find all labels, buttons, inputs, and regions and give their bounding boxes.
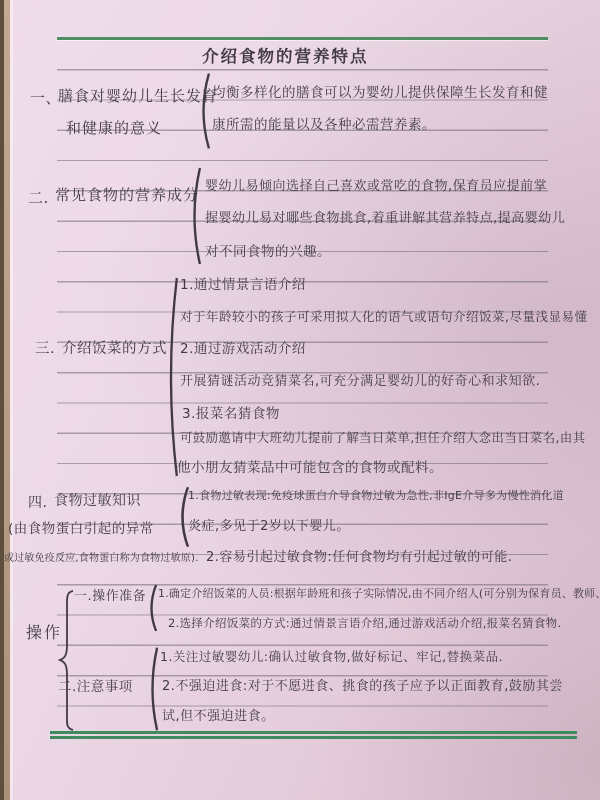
note-line: 1.关注过敏婴幼儿:确认过敏食物,做好标记、牢记,替换菜品. [160,650,503,664]
note-line: 可鼓励邀请中大班幼儿提前了解当日菜单,担任介绍人念出当日菜名,由其 [180,432,586,446]
note-line: 1.通过情景言语介绍 [180,278,306,293]
paper-edge-highlight [10,0,13,800]
note-line: 开展猜谜活动竞猜菜名,可充分满足婴幼儿的好奇心和求知欲. [180,375,540,389]
section-4-label: 食物过敏知识 [54,494,141,509]
brace-operations-group-2 [147,646,158,732]
page-title: 介绍食物的营养特点 [202,48,369,66]
bottom-margin-line [50,731,577,734]
brace-section-2 [188,166,201,266]
operations-group-2-title: 二.注意事项 [58,680,133,695]
notebook-paper: 介绍食物的营养特点 一、 膳食对婴幼儿生长发育 和健康的意义 均衡多样化的膳食可… [0,0,600,800]
operations-label: 操作 [26,624,62,642]
brace-section-3 [164,276,178,478]
note-line: 均衡多样化的膳食可以为婴幼儿提供保障生长发育和健 [212,86,548,101]
section-4-note-line1: (由食物蛋白引起的异常 [8,522,154,537]
brace-section-1 [197,72,210,150]
note-line: 婴幼儿易倾向选择自己喜欢或常吃的食物,保育员应提前掌 [205,180,547,194]
note-line: 康所需的能量以及各种必需营养素。 [212,118,436,133]
note-line: 对于年龄较小的孩子可采用拟人化的语气或语句介绍饭菜,尽量浅显易懂 [180,310,587,324]
bottom-margin-line-2 [50,736,577,739]
section-4-note-line2: 或过敏免疫反应,食物蛋白称为食物过敏原). [4,553,198,564]
note-line: 他小朋友猜菜品中可能包含的食物或配料。 [177,461,443,476]
note-line: 握婴幼儿易对哪些食物挑食,着重讲解其营养特点,提高婴幼儿 [205,212,565,226]
note-line: 炎症,多见于2岁以下婴儿。 [188,520,350,534]
note-line: 1.食物过敏表现:免疫球蛋白介导食物过敏为急性,非IgE介导多为慢性消化道 [188,490,564,502]
note-line: 2.选择介绍饭菜的方式:通过情景言语介绍,通过游戏活动介绍,报菜名猜食物. [168,617,561,630]
note-line: 2.容易引起过敏食物:任何食物均有引起过敏的可能. [206,551,512,565]
note-line: 2.通过游戏活动介绍 [180,342,306,357]
brace-operations-group-1 [146,584,157,632]
top-margin-line [57,37,548,40]
note-line: 3.报菜名猜食物 [182,407,280,422]
note-line: 对不同食物的兴趣。 [205,245,331,260]
note-line: 1.确定介绍饭菜的人员:根据年龄班和孩子实际情况,由不同介绍人(可分别为保育员、… [158,588,600,600]
operations-group-1-title: 一.操作准备 [74,590,146,604]
section-2-number: 二. [28,190,49,207]
section-2-label: 常见食物的营养成分 [55,187,199,204]
brace-operations [58,589,75,732]
note-line: 试,但不强迫进食。 [162,710,275,724]
note-line: 2.不强迫进食:对于不愿进食、挑食的孩子应予以正面教育,鼓励其尝 [162,680,563,694]
section-1-number: 一、 [30,90,61,107]
section-3-number: 三. [35,342,55,358]
section-3-label: 介绍饭菜的方式 [62,342,167,358]
section-1-label-line1: 膳食对婴幼儿生长发育 [58,88,218,105]
section-4-number: 四. [28,496,47,511]
section-1-label-line2: 和健康的意义 [66,120,162,137]
